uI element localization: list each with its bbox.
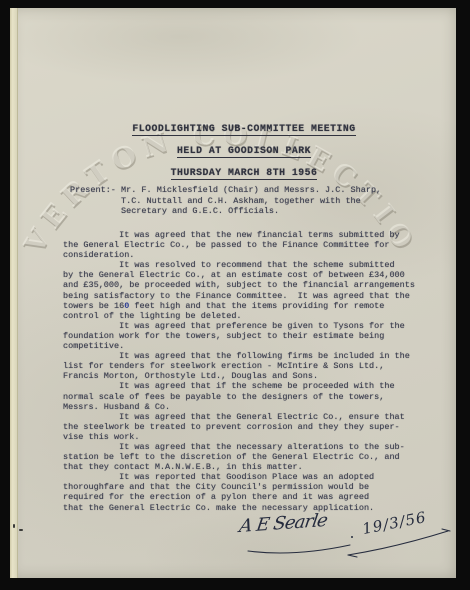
text-line: normal scale of fees be payable to the d… xyxy=(63,392,415,402)
text-line: Messrs. Husband & Co. xyxy=(63,402,415,412)
text-line: that the General Electric Co. make the n… xyxy=(63,503,415,513)
margin-ink-mark xyxy=(19,529,23,531)
text-line: It was resolved to recommend that the sc… xyxy=(63,260,415,270)
margin-ink-mark xyxy=(13,524,15,528)
text-line: It was agreed that if the scheme be proc… xyxy=(63,381,415,391)
text-line: the steelwork be treated to prevent corr… xyxy=(63,422,415,432)
page-left-edge xyxy=(10,8,18,578)
text-line: It was agreed that the following firms b… xyxy=(63,351,415,361)
text-line: It was agreed that the General Electric … xyxy=(63,412,415,422)
text-line: It was agreed that preference be given t… xyxy=(63,321,415,331)
meeting-location: HELD AT GOODISON PARK xyxy=(177,145,311,158)
text-line: Secretary and G.E.C. Officials. xyxy=(70,206,381,217)
text-line: list for tenders for steelwork erection … xyxy=(63,361,415,371)
secretary-signature: A E Searle xyxy=(238,510,328,537)
text-line: It was reported that Goodison Place was … xyxy=(63,472,415,482)
text-line: required for the erection of a pylon the… xyxy=(63,492,415,502)
text-line: by the General Electric Co., at an estim… xyxy=(63,270,415,280)
minutes-body-text: It was agreed that the new financial ter… xyxy=(63,230,415,513)
text-line: consideration. xyxy=(63,250,415,260)
meeting-title: FLOODLIGHTING SUB-COMMITTEE MEETING xyxy=(132,123,355,136)
text-line: thoroughfare and that the City Council's… xyxy=(63,482,415,492)
ink-dot xyxy=(351,536,353,538)
text-line: that they contact M.A.N.W.E.B., in this … xyxy=(63,462,415,472)
text-line: competitive. xyxy=(63,341,415,351)
text-line: Francis Morton, Orthostyle Ltd., Douglas… xyxy=(63,371,415,381)
text-line: being satisfactory to the Finance Commit… xyxy=(63,291,415,301)
document-headings: FLOODLIGHTING SUB-COMMITTEE MEETING HELD… xyxy=(63,118,425,184)
text-line: It was agreed that the new financial ter… xyxy=(63,230,415,240)
text-line: vise this work. xyxy=(63,432,415,442)
text-line: station be left to the discretion of the… xyxy=(63,452,415,462)
attendees-block: Present:- Mr. F. Micklesfield (Chair) an… xyxy=(70,185,381,217)
meeting-date: THURSDAY MARCH 8TH 1956 xyxy=(171,167,318,180)
scanned-minutes-photo: EVERTON COLLECTION EVERTON COLLECTION FL… xyxy=(0,0,470,590)
text-line: and £35,000, be proceeded with, subject … xyxy=(63,280,415,290)
text-line: foundation work for the towers, subject … xyxy=(63,331,415,341)
text-line: control of the lighting be deleted. xyxy=(63,311,415,321)
text-line: It was agreed that the necessary alterat… xyxy=(63,442,415,452)
text-line: T.C. Nuttall and C.H. Askham, together w… xyxy=(70,196,381,207)
text-line: the General Electric Co., be passed to t… xyxy=(63,240,415,250)
minutes-page: EVERTON COLLECTION EVERTON COLLECTION FL… xyxy=(10,8,456,578)
text-line: Present:- Mr. F. Micklesfield (Chair) an… xyxy=(70,185,381,196)
text-line: towers be 160 feet high and that the ite… xyxy=(63,301,415,311)
